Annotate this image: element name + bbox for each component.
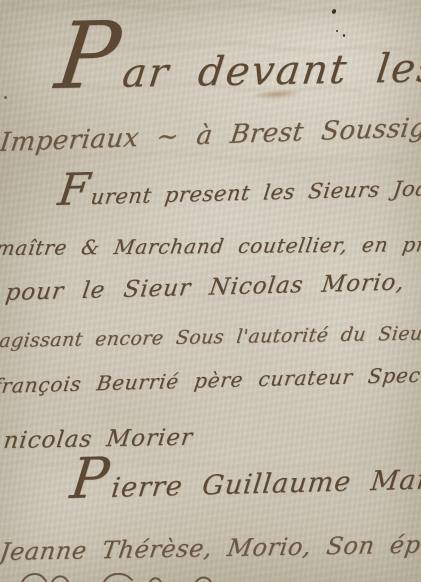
line-par-devant-les: Par devant les xyxy=(52,45,421,98)
ink-speck xyxy=(331,8,337,14)
line-pierre-guillaume: Pierre Guillaume Manuel L xyxy=(68,462,421,505)
line-furent-present: Furent present les Sieurs Joachim e xyxy=(56,174,421,210)
line-maitre-marchand: maître & Marchand coutellier, en privé e xyxy=(0,232,421,260)
line-imperiaux-brest: Imperiaux ~ à Brest Soussignés xyxy=(0,111,421,158)
line-pour-le-sieur-nicolas: pour le Sieur Nicolas Morio, Son xyxy=(4,268,421,306)
ink-speck xyxy=(343,34,345,37)
line-francois-beurrie: françois Beurrié père curateur Special e xyxy=(0,361,421,398)
line-agissant-encore: agissant encore Sous l'autorité du Sieur… xyxy=(0,322,421,352)
line-jeanne-therese: Jeanne Thérèse, Morio, Son épouse, xyxy=(0,529,421,566)
ink-speck xyxy=(336,30,338,32)
manuscript-page: Par devant les Imperiaux ~ à Brest Souss… xyxy=(0,0,421,582)
cutoff-line-fragments xyxy=(0,570,260,582)
ink-speck xyxy=(4,96,7,99)
